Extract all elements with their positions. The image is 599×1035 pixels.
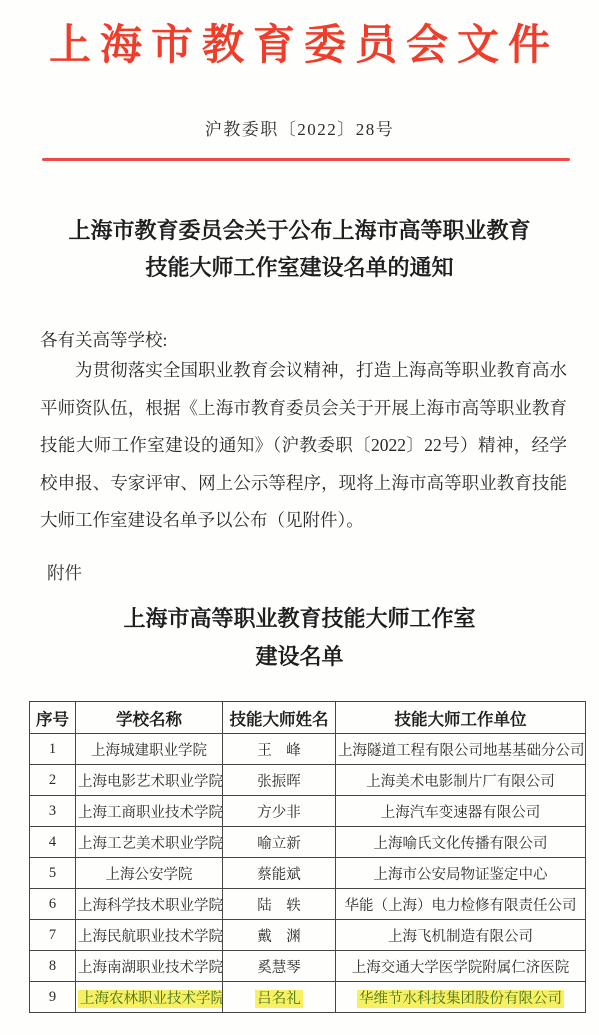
table-row: 4上海工艺美术职业学院喻立新上海喻氏文化传播有限公司 <box>30 827 586 858</box>
cell-master-name: 王 峰 <box>223 734 336 765</box>
table-row: 3上海工商职业技术学院方少非上海汽车变速器有限公司 <box>30 796 586 827</box>
cell-work-unit: 华维节水科技集团股份有限公司 <box>336 982 586 1013</box>
cell-seq-no: 1 <box>30 734 76 765</box>
cell-master-name: 喻立新 <box>223 827 336 858</box>
cell-master-name: 奚慧琴 <box>223 951 336 982</box>
cell-seq-no: 9 <box>30 982 76 1013</box>
cell-school-name: 上海科学技术职业学院 <box>76 889 223 920</box>
highlight-mark: 上海农林职业技术学院 <box>78 990 223 1008</box>
cell-seq-no: 7 <box>30 920 76 951</box>
document-title-line2: 技能大师工作室建设名单的通知 <box>0 249 599 286</box>
cell-work-unit: 华能（上海）电力检修有限责任公司 <box>336 889 586 920</box>
cell-work-unit: 上海隧道工程有限公司地基基础分公司 <box>336 734 586 765</box>
cell-work-unit: 上海喻氏文化传播有限公司 <box>336 827 586 858</box>
highlight-mark: 华维节水科技集团股份有限公司 <box>357 990 564 1008</box>
cell-master-name: 蔡能斌 <box>223 858 336 889</box>
cell-school-name: 上海南湖职业技术学院 <box>76 951 223 982</box>
cell-master-name: 方少非 <box>223 796 336 827</box>
cell-seq-no: 4 <box>30 827 76 858</box>
attachment-title: 上海市高等职业教育技能大师工作室 建设名单 <box>0 600 599 676</box>
cell-school-name: 上海农林职业技术学院 <box>76 982 223 1013</box>
header-school-name: 学校名称 <box>76 702 223 734</box>
cell-seq-no: 8 <box>30 951 76 982</box>
cell-work-unit: 上海美术电影制片厂有限公司 <box>336 765 586 796</box>
table-header-row: 序号 学校名称 技能大师姓名 技能大师工作单位 <box>30 702 586 734</box>
table-row: 2上海电影艺术职业学院张振晖上海美术电影制片厂有限公司 <box>30 765 586 796</box>
master-studio-table: 序号 学校名称 技能大师姓名 技能大师工作单位 1上海城建职业学院王 峰上海隧道… <box>29 701 586 1013</box>
cell-school-name: 上海工艺美术职业学院 <box>76 827 223 858</box>
cell-master-name: 吕名礼 <box>223 982 336 1013</box>
cell-work-unit: 上海市公安局物证鉴定中心 <box>336 858 586 889</box>
document-title: 上海市教育委员会关于公布上海市高等职业教育 技能大师工作室建设名单的通知 <box>0 212 599 286</box>
body-paragraph: 为贯彻落实全国职业教育会议精神，打造上海高等职业教育高水平师资队伍，根据《上海市… <box>40 352 567 540</box>
table-body: 1上海城建职业学院王 峰上海隧道工程有限公司地基基础分公司2上海电影艺术职业学院… <box>30 734 586 1013</box>
header-master-name: 技能大师姓名 <box>223 702 336 734</box>
cell-master-name: 陆 轶 <box>223 889 336 920</box>
highlight-mark: 吕名礼 <box>255 990 303 1008</box>
table-row: 7上海民航职业技术学院戴 渊上海飞机制造有限公司 <box>30 920 586 951</box>
table-row: 9上海农林职业技术学院吕名礼华维节水科技集团股份有限公司 <box>30 982 586 1013</box>
cell-seq-no: 2 <box>30 765 76 796</box>
cell-school-name: 上海工商职业技术学院 <box>76 796 223 827</box>
salutation: 各有关高等学校: <box>40 327 167 352</box>
table-row: 8上海南湖职业技术学院奚慧琴上海交通大学医学院附属仁济医院 <box>30 951 586 982</box>
cell-work-unit: 上海交通大学医学院附属仁济医院 <box>336 951 586 982</box>
document-page: 上海市教育委员会文件 沪教委职〔2022〕28号 上海市教育委员会关于公布上海市… <box>0 0 599 1035</box>
red-divider-line <box>42 158 570 161</box>
header-seq-no: 序号 <box>30 702 76 734</box>
table-row: 5上海公安学院蔡能斌上海市公安局物证鉴定中心 <box>30 858 586 889</box>
header-work-unit: 技能大师工作单位 <box>336 702 586 734</box>
table-row: 6上海科学技术职业学院陆 轶华能（上海）电力检修有限责任公司 <box>30 889 586 920</box>
cell-master-name: 戴 渊 <box>223 920 336 951</box>
table-row: 1上海城建职业学院王 峰上海隧道工程有限公司地基基础分公司 <box>30 734 586 765</box>
attachment-label: 附件 <box>47 560 82 585</box>
cell-work-unit: 上海飞机制造有限公司 <box>336 920 586 951</box>
cell-master-name: 张振晖 <box>223 765 336 796</box>
cell-school-name: 上海电影艺术职业学院 <box>76 765 223 796</box>
cell-seq-no: 6 <box>30 889 76 920</box>
attachment-title-line1: 上海市高等职业教育技能大师工作室 <box>0 600 599 638</box>
cell-school-name: 上海民航职业技术学院 <box>76 920 223 951</box>
cell-school-name: 上海公安学院 <box>76 858 223 889</box>
cell-work-unit: 上海汽车变速器有限公司 <box>336 796 586 827</box>
document-title-line1: 上海市教育委员会关于公布上海市高等职业教育 <box>0 212 599 249</box>
cell-school-name: 上海城建职业学院 <box>76 734 223 765</box>
cell-seq-no: 3 <box>30 796 76 827</box>
cell-seq-no: 5 <box>30 858 76 889</box>
document-number: 沪教委职〔2022〕28号 <box>0 115 599 140</box>
attachment-title-line2: 建设名单 <box>0 638 599 676</box>
document-header-banner: 上海市教育委员会文件 <box>0 12 599 72</box>
